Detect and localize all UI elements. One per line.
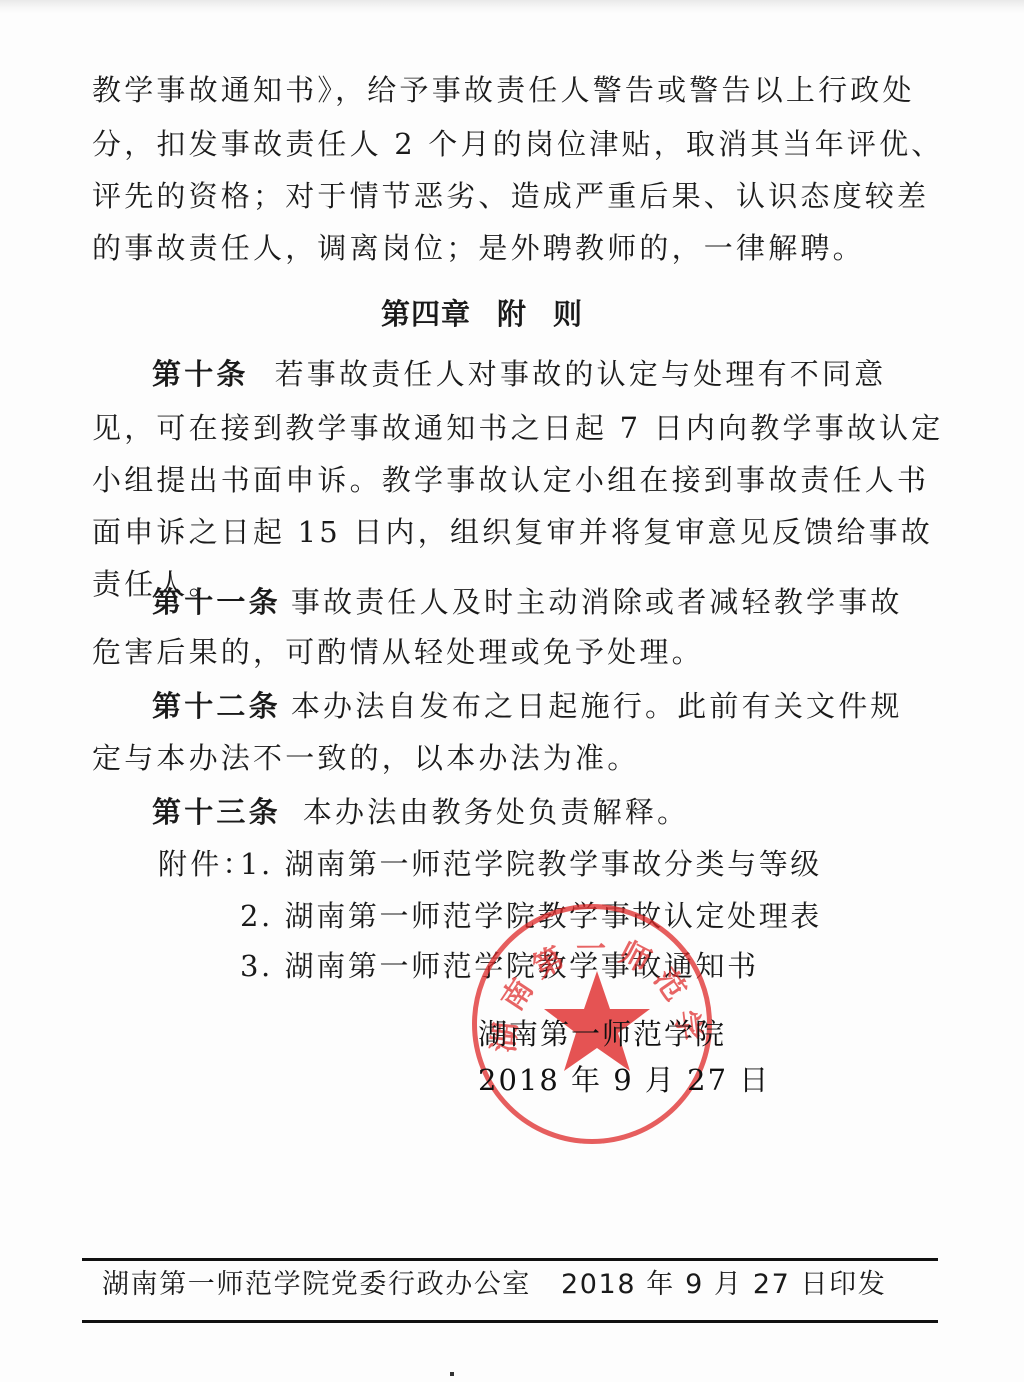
body-line: 评先的资格；对于情节恶劣、造成严重后果、认识态度较差 <box>92 178 929 214</box>
article-10: 第十条若事故责任人对事故的认定与处理有不同意 <box>152 356 886 392</box>
page-mark <box>450 1372 454 1376</box>
attachment-item-1: 1. 湖南第一师范学院教学事故分类与等级 <box>240 846 822 882</box>
footer: 湖南第一师范学院党委行政办公室2018 年 9 月 27 日印发 <box>102 1268 886 1302</box>
chapter-title-2: 则 <box>553 297 583 331</box>
article-label: 第十一条 <box>152 585 281 619</box>
body-line: 见，可在接到教学事故通知书之日起 7 日内向教学事故认定 <box>92 410 944 446</box>
body-line: 危害后果的，可酌情从轻处理或免予处理。 <box>92 634 704 670</box>
article-13: 第十三条本办法由教务处负责解释。 <box>152 794 689 830</box>
article-text: 本办法自发布之日起施行。此前有关文件规 <box>291 689 903 723</box>
chapter-heading: 第四章附则 <box>0 296 964 332</box>
signature-date: 2018 年 9 月 27 日 <box>478 1062 770 1098</box>
footer-top-rule <box>82 1258 938 1261</box>
body-line: 教学事故通知书》，给予事故责任人警告或警告以上行政处 <box>92 72 915 108</box>
article-text: 若事故责任人对事故的认定与处理有不同意 <box>275 357 887 391</box>
signature-organization: 湖南第一师范学院 <box>478 1016 726 1052</box>
body-line: 的事故责任人，调离岗位；是外聘教师的，一律解聘。 <box>92 230 865 266</box>
footer-date: 2018 年 9 月 27 日印发 <box>561 1269 886 1300</box>
chapter-number: 第四章 <box>381 297 471 331</box>
article-label: 第十二条 <box>152 689 281 723</box>
body-line: 分，扣发事故责任人 2 个月的岗位津贴，取消其当年评优、 <box>92 126 944 162</box>
chapter-title-1: 附 <box>497 297 527 331</box>
scan-edge <box>0 0 1024 14</box>
footer-issuer: 湖南第一师范学院党委行政办公室 <box>102 1269 531 1300</box>
footer-bottom-rule <box>82 1320 938 1323</box>
article-text: 本办法由教务处负责解释。 <box>303 795 689 829</box>
article-text: 事故责任人及时主动消除或者减轻教学事故 <box>291 585 903 619</box>
document-page: 教学事故通知书》，给予事故责任人警告或警告以上行政处 分，扣发事故责任人 2 个… <box>0 0 1024 1382</box>
article-12: 第十二条本办法自发布之日起施行。此前有关文件规 <box>152 688 903 724</box>
article-label: 第十条 <box>152 357 249 391</box>
article-label: 第十三条 <box>152 795 281 829</box>
article-11: 第十一条事故责任人及时主动消除或者减轻教学事故 <box>152 584 903 620</box>
body-line: 定与本办法不一致的，以本办法为准。 <box>92 740 639 776</box>
body-line: 小组提出书面申诉。教学事故认定小组在接到事故责任人书 <box>92 462 929 498</box>
body-line: 面申诉之日起 15 日内，组织复审并将复审意见反馈给事故 <box>92 514 933 550</box>
